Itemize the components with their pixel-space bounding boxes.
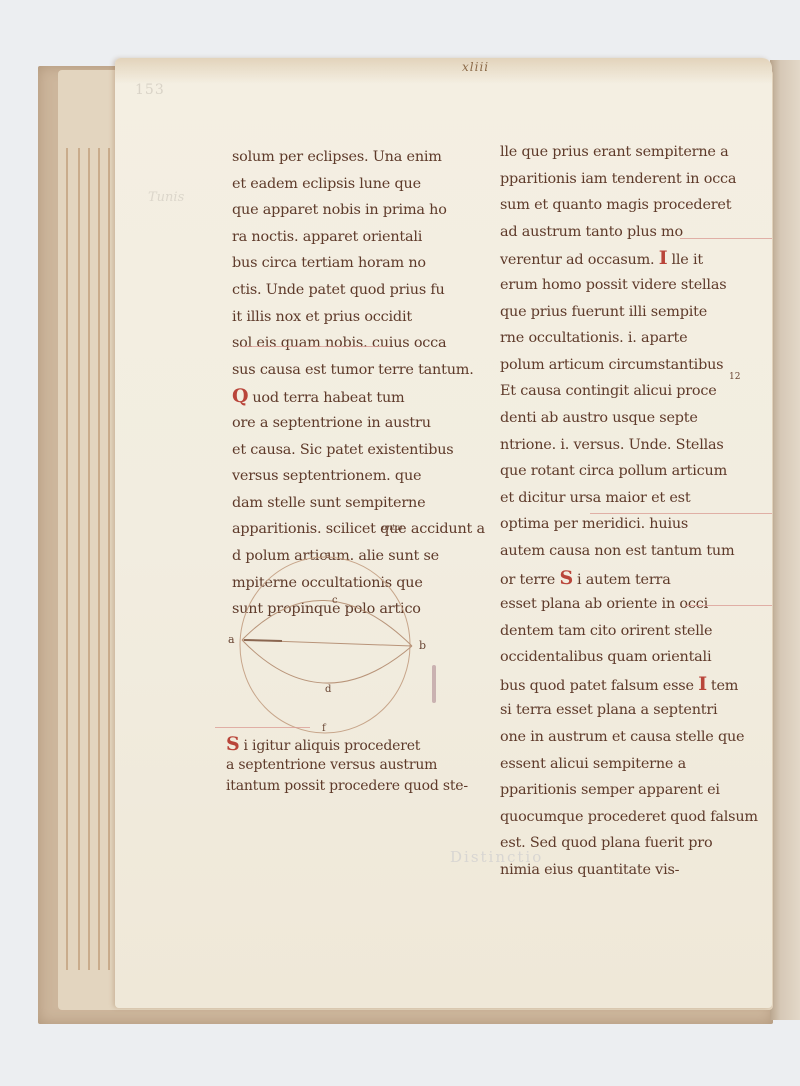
text-line: itantum possit procedere quod ste-: [226, 776, 466, 797]
text-line: erum homo possit videre stellas: [500, 272, 760, 299]
facing-page-edge: [770, 60, 800, 1020]
red-ruling: [590, 513, 772, 514]
text-line: dam stelle sunt sempiterne: [232, 490, 472, 517]
text-line: est. Sed quod plana fuerit pro: [500, 830, 760, 857]
margin-number: 12: [729, 372, 740, 382]
rubricated-initial: S: [226, 734, 240, 755]
faded-margin-word: Tunis: [148, 190, 184, 205]
text-line: rne occultationis. i. aparte: [500, 325, 760, 352]
text-line: apparitionis. scilicet que accidunt a: [232, 516, 472, 543]
text-line: bus circa tertiam horam no: [232, 250, 472, 277]
ink-stain: [432, 665, 436, 703]
text-line: sus causa est tumor terre tantum.: [232, 357, 472, 384]
text-line: que rotant circa pollum articum: [500, 458, 760, 485]
text-line: i igitur aliquis procederet: [244, 738, 421, 754]
text-line: dentem tam cito orirent stelle: [500, 618, 760, 645]
rubric-line: bus quod patet falsum esse Item: [500, 671, 760, 698]
text-line: Et causa contingit alicui proce: [500, 378, 760, 405]
text-line: one in austrum et causa stelle que: [500, 724, 760, 751]
text-line: occidentalibus quam orientali: [500, 644, 760, 671]
right-column: lle que prius erant sempiterne a ppariti…: [500, 139, 760, 884]
text-line: versus septentrionem. que: [232, 463, 472, 490]
text-line: verentur ad occasum.: [500, 252, 654, 268]
text-line: bus quod patet falsum esse: [500, 678, 694, 694]
red-ruling: [215, 727, 310, 728]
text-line: solum per eclipses. Una enim: [232, 144, 472, 171]
text-line: sol eis quam nobis. cuius occa: [232, 330, 472, 357]
text-line: nimia eius quantitate vis-: [500, 857, 760, 884]
red-ruling: [685, 605, 772, 606]
text-line: que prius fuerunt illi sempite: [500, 299, 760, 326]
rubricated-initial: S: [559, 565, 573, 592]
interlinear-gloss: antar: [382, 523, 404, 532]
text-line: pparitionis semper apparent ei: [500, 777, 760, 804]
text-line: denti ab austro usque septe: [500, 405, 760, 432]
text-line: quocumque procederet quod falsum: [500, 804, 760, 831]
rubric-line: Si igitur aliquis procederet: [226, 734, 466, 755]
red-ruling: [680, 238, 772, 239]
text-line: et eadem eclipsis lune que: [232, 171, 472, 198]
text-line: si terra esset plana a septentri: [500, 697, 760, 724]
diagram-label: c: [332, 595, 338, 606]
text-line: et dicitur ursa maior et est: [500, 485, 760, 512]
diagram-label: d: [325, 684, 332, 695]
top-margin-mark: xliii: [462, 60, 489, 74]
text-line: optima per meridici. huius: [500, 511, 760, 538]
text-line: tem: [711, 678, 738, 694]
text-line: ctis. Unde patet quod prius fu: [232, 277, 472, 304]
rubric-line: or terre Si autem terra: [500, 565, 760, 592]
text-line: pparitionis iam tenderent in occa: [500, 166, 760, 193]
text-line: uod terra habeat tum: [252, 390, 404, 406]
text-line: ra noctis. apparet orientali: [232, 224, 472, 251]
left-column-closing: Si igitur aliquis procederet a septentri…: [226, 734, 466, 797]
text-line: lle it: [672, 252, 703, 268]
rubricated-initial: Q: [232, 383, 248, 410]
text-line: lle que prius erant sempiterne a: [500, 139, 760, 166]
text-line: polum articum circumstantibus: [500, 352, 760, 379]
text-line: ore a septentrione in austru: [232, 410, 472, 437]
rubricated-initial: I: [659, 245, 668, 272]
text-line: et causa. Sic patet existentibus: [232, 437, 472, 464]
diagram-label: a: [228, 633, 235, 646]
text-line: a septentrione versus austrum: [226, 755, 466, 776]
rubric-line: verentur ad occasum. Ille it: [500, 245, 760, 272]
diagram-label: f: [322, 723, 327, 734]
text-line: que apparet nobis in prima ho: [232, 197, 472, 224]
text-line: sum et quanto magis procederet: [500, 192, 760, 219]
red-ruling: [240, 346, 390, 347]
diagram-label: e: [325, 551, 330, 561]
diagram-label: b: [419, 639, 426, 652]
faded-folio-number: 153: [135, 82, 165, 98]
text-line: essent alicui sempiterne a: [500, 751, 760, 778]
text-line: or terre: [500, 572, 555, 588]
text-line: autem causa non est tantum tum: [500, 538, 760, 565]
rubricated-initial: I: [698, 671, 707, 698]
text-line: i autem terra: [577, 572, 671, 588]
astronomical-diagram: e c a b d f: [222, 548, 442, 738]
rubric-line: Quod terra habeat tum: [232, 383, 472, 410]
text-line: ad austrum tanto plus mo: [500, 219, 760, 246]
text-line: ntrione. i. versus. Unde. Stellas: [500, 432, 760, 459]
text-line: it illis nox et prius occidit: [232, 304, 472, 331]
